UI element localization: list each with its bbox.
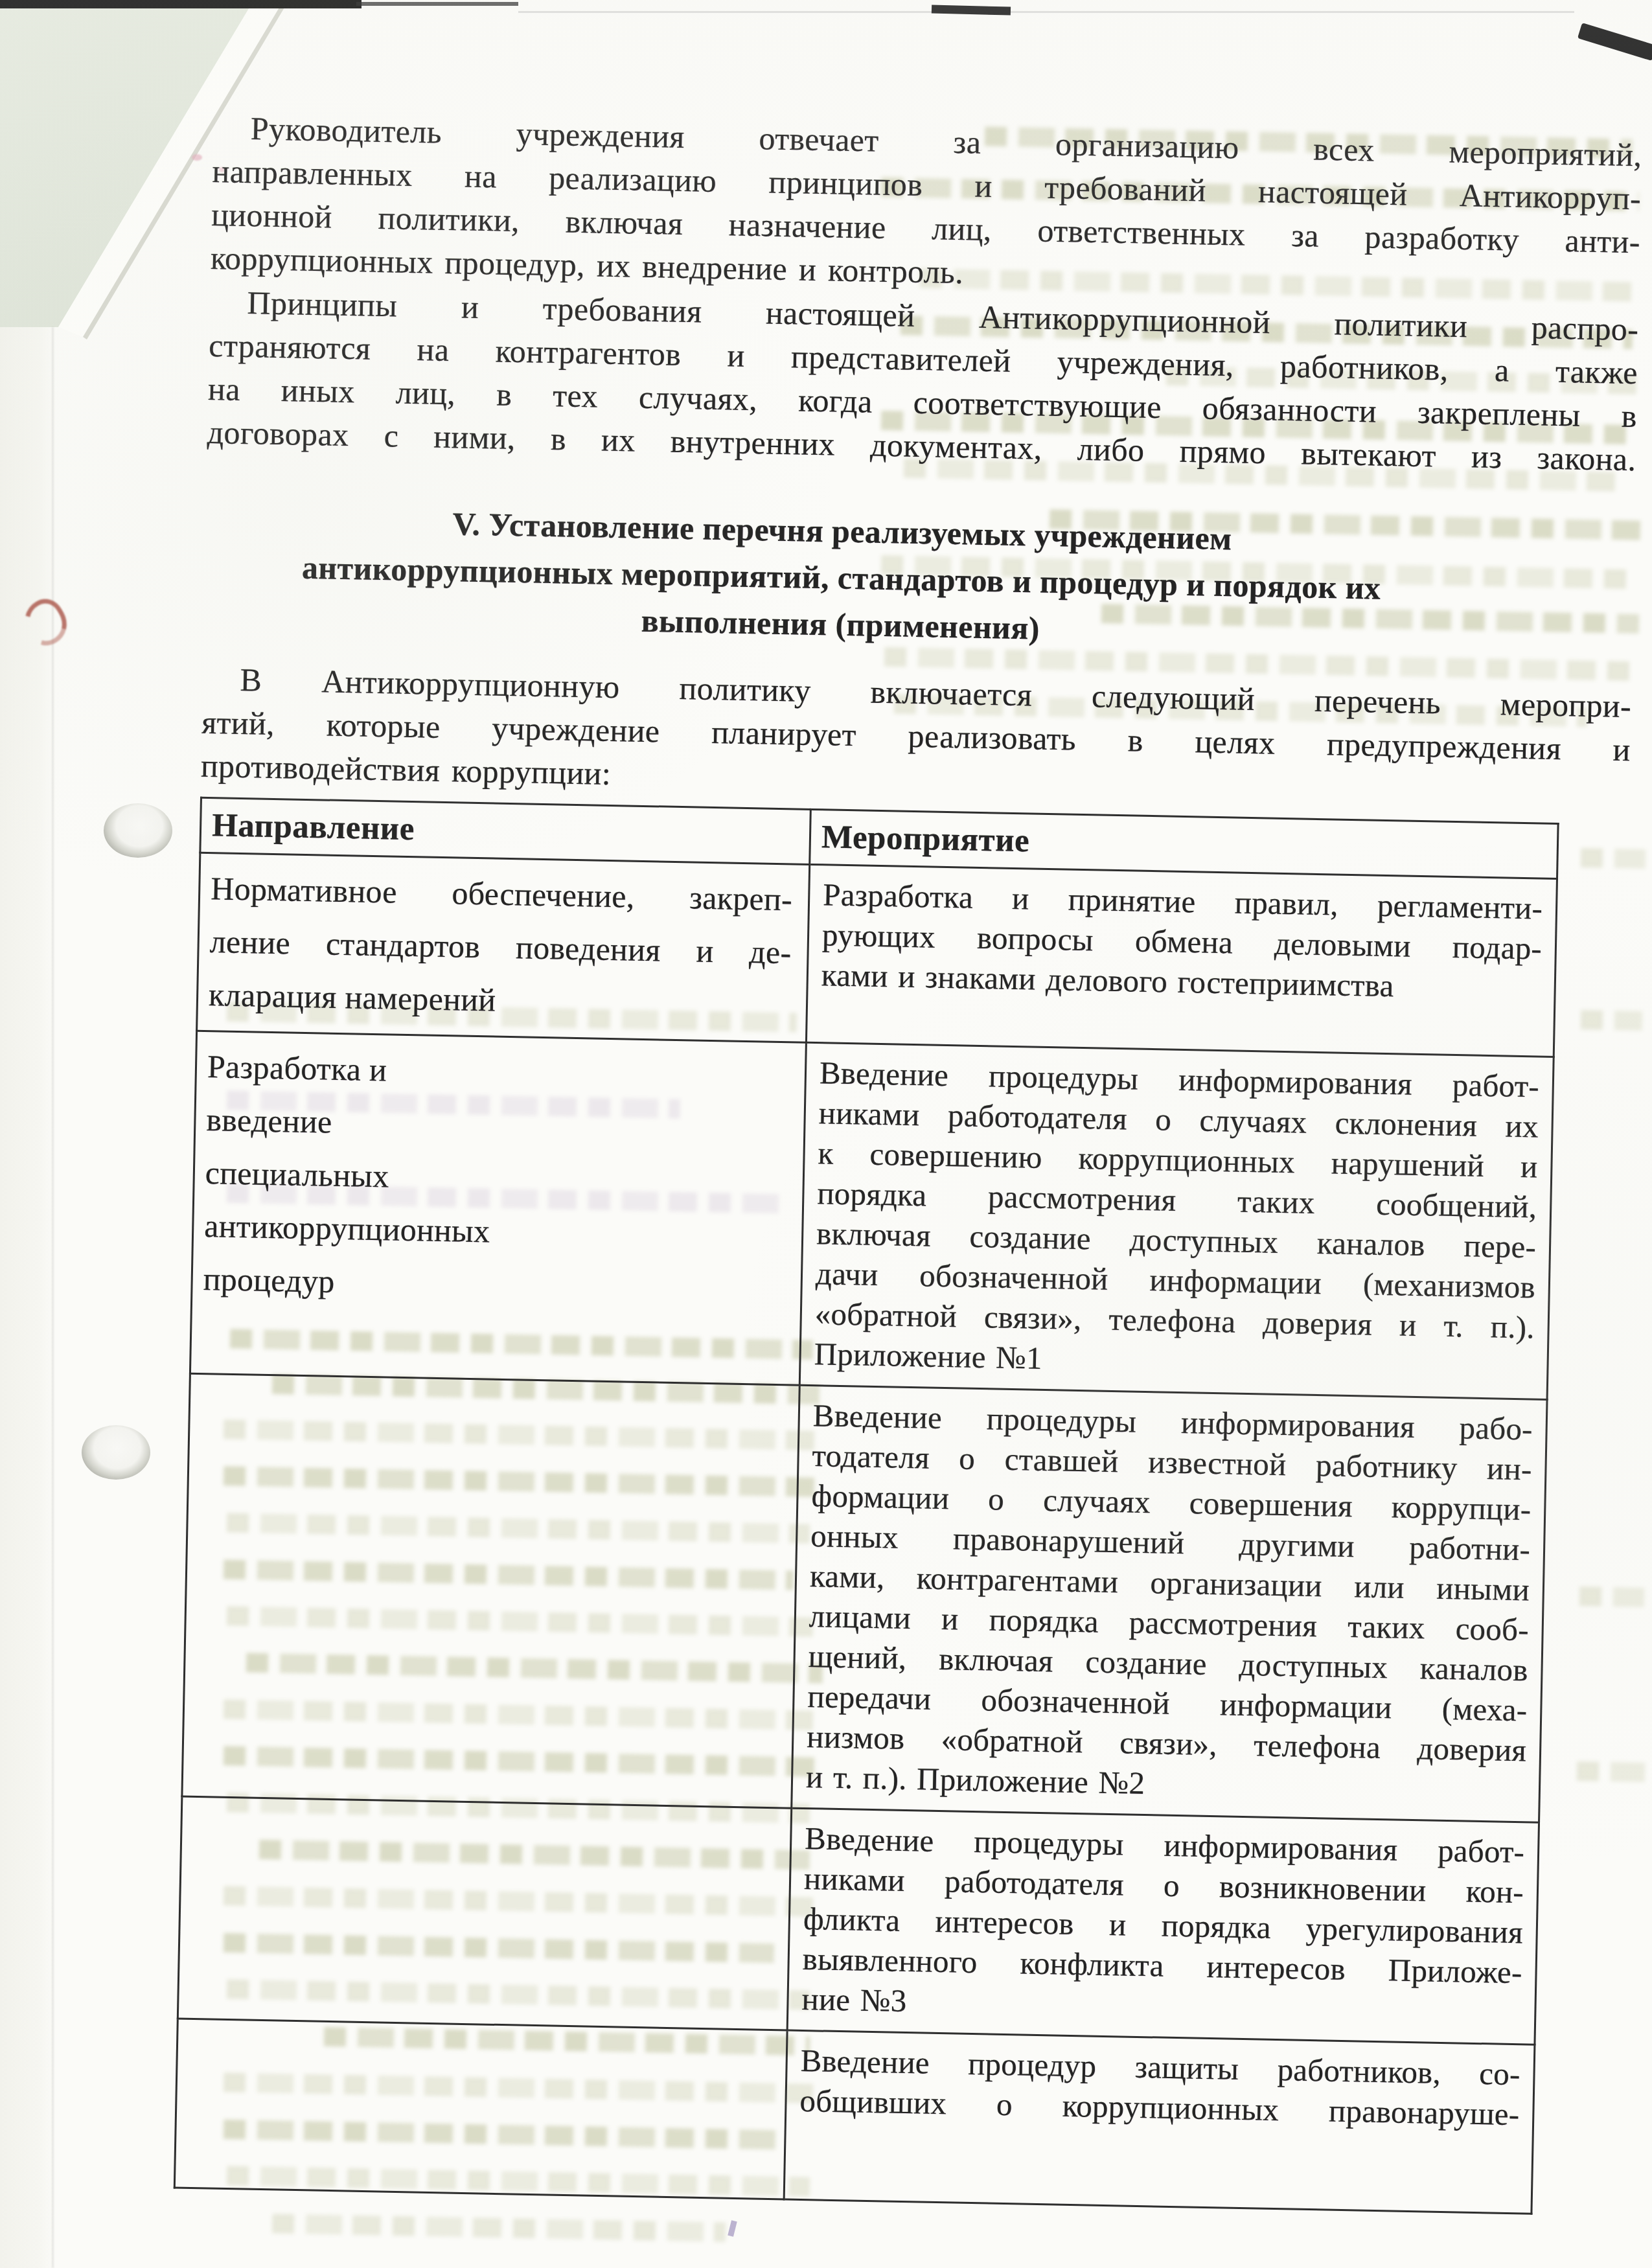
- table-row: Разработка и введение специальных антико…: [190, 1031, 1554, 1399]
- paragraph: В Антикоррупционную политику включается …: [200, 646, 1632, 815]
- scanned-page: Руководитель учреждения отвечает за орга…: [0, 0, 1652, 2268]
- scan-edge-mark: [356, 2, 518, 6]
- cell-line: кларация намерений: [208, 968, 790, 1032]
- pink-speck: [192, 154, 202, 161]
- punch-hole: [104, 803, 172, 858]
- measure-cell: Введение процедуры информирования работ-…: [799, 1042, 1554, 1399]
- scan-edge-mark: [0, 0, 361, 8]
- direction-cell: Нормативное обеспечение, закреп- ление с…: [197, 853, 810, 1042]
- scan-edge-mark: [1577, 23, 1652, 61]
- punch-hole: [82, 1425, 150, 1480]
- paragraph: Руководитель учреждения отвечает за орга…: [210, 89, 1642, 307]
- section-heading: V. Установление перечня реализуемых учре…: [203, 496, 1480, 660]
- cell-line: процедур: [203, 1252, 785, 1316]
- document-content: Руководитель учреждения отвечает за орга…: [174, 89, 1643, 2216]
- direction-cell-empty: [182, 1373, 799, 1808]
- direction-cell: Разработка и введение специальных антико…: [190, 1031, 806, 1385]
- table-row: Введение процедур защиты работников, со-…: [174, 2019, 1535, 2214]
- bleed-through-line: [272, 2214, 726, 2241]
- direction-cell-empty: [174, 2019, 787, 2199]
- scan-edge-mark: [932, 5, 1011, 15]
- measure-cell: Введение процедур защиты работников, со-…: [784, 2030, 1535, 2214]
- table-row: Нормативное обеспечение, закреп- ление с…: [197, 853, 1557, 1057]
- table-row: Введение процедуры информирования работ-…: [178, 1796, 1539, 2045]
- measure-cell: Введение процедуры информирования рабо- …: [792, 1385, 1547, 1822]
- direction-cell-empty: [178, 1796, 791, 2030]
- table-row: Введение процедуры информирования рабо- …: [182, 1373, 1547, 1822]
- measure-cell: Введение процедуры информирования работ-…: [787, 1808, 1539, 2045]
- purple-tick-mark: [728, 2220, 737, 2236]
- measure-cell: Разработка и принятие правил, регламенти…: [806, 864, 1557, 1057]
- measures-table: Направление Мероприятие Нормативное обес…: [174, 797, 1559, 2215]
- scan-edge-line: [518, 11, 1574, 13]
- paragraph: Принципы и требования настоящей Антикорр…: [207, 280, 1639, 481]
